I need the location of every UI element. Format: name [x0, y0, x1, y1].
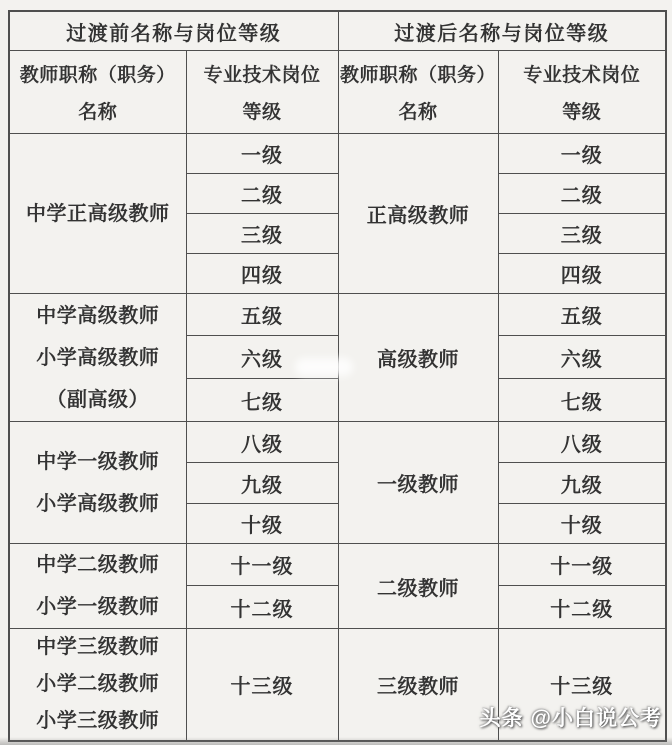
- header-after-grade-col: 专业技术岗位 等级: [498, 51, 666, 134]
- after-name-section2: 高级教师: [338, 294, 498, 422]
- before-grade-cell: 五级: [186, 294, 338, 336]
- page: 过渡前名称与岗位等级 过渡后名称与岗位等级 教师职称（职务） 名称 专业技术岗位…: [0, 0, 672, 745]
- before-grade-cell: 三级: [186, 214, 338, 254]
- header-after-grade-line1: 专业技术岗位: [499, 60, 666, 87]
- header-before-grade-col: 专业技术岗位 等级: [186, 51, 338, 134]
- before-name-line: 中学高级教师: [10, 295, 186, 337]
- header-row-groups: 过渡前名称与岗位等级 过渡后名称与岗位等级: [9, 11, 666, 51]
- toutiao-watermark: 头条 @小白说公考: [480, 702, 662, 732]
- before-name-line: 小学一级教师: [10, 586, 186, 628]
- header-after-name-line2: 名称: [339, 97, 498, 124]
- table-row: 中学二级教师 小学一级教师 十一级 二级教师 十一级: [9, 544, 666, 586]
- header-before-grade-line2: 等级: [187, 97, 338, 124]
- after-grade-cell: 七级: [498, 379, 666, 422]
- after-grade-cell: 十级: [498, 504, 666, 544]
- after-grade-cell: 一级: [498, 134, 666, 174]
- header-after-group: 过渡后名称与岗位等级: [338, 11, 666, 51]
- header-after-grade-line2: 等级: [499, 97, 666, 124]
- photo-bottom-edge: [0, 737, 672, 745]
- after-grade-cell: 四级: [498, 254, 666, 294]
- after-grade-cell: 十一级: [498, 544, 666, 586]
- after-grade-cell: 十二级: [498, 586, 666, 629]
- after-grade-cell: 二级: [498, 174, 666, 214]
- blur-artifact: [295, 358, 353, 376]
- before-grade-cell: 十一级: [186, 544, 338, 586]
- before-name-line: 小学高级教师: [10, 483, 186, 525]
- header-before-name-col: 教师职称（职务） 名称: [9, 51, 186, 134]
- before-grade-cell: 二级: [186, 174, 338, 214]
- before-grade-cell: 十级: [186, 504, 338, 544]
- after-grade-cell: 九级: [498, 463, 666, 504]
- after-grade-cell: 八级: [498, 422, 666, 463]
- before-name-line: 中学正高级教师: [10, 193, 186, 235]
- table-row: 中学正高级教师 一级 正高级教师 一级: [9, 134, 666, 174]
- before-grade-cell: 十三级: [186, 629, 338, 742]
- before-grade-cell: 九级: [186, 463, 338, 504]
- after-name-section5: 三级教师: [338, 629, 498, 742]
- table-row: 中学高级教师 小学高级教师 （副高级） 五级 高级教师 五级: [9, 294, 666, 336]
- table-row: 中学一级教师 小学高级教师 八级 一级教师 八级: [9, 422, 666, 463]
- before-name-section5: 中学三级教师 小学二级教师 小学三级教师: [9, 629, 186, 742]
- after-name-section3: 一级教师: [338, 422, 498, 544]
- header-row-columns: 教师职称（职务） 名称 专业技术岗位 等级 教师职称（职务） 名称 专业技术岗位: [9, 51, 666, 134]
- after-grade-cell: 五级: [498, 294, 666, 336]
- before-name-section4: 中学二级教师 小学一级教师: [9, 544, 186, 629]
- header-before-grade-line1: 专业技术岗位: [187, 60, 338, 87]
- header-after-name-col: 教师职称（职务） 名称: [338, 51, 498, 134]
- before-grade-cell: 四级: [186, 254, 338, 294]
- after-name-section1: 正高级教师: [338, 134, 498, 294]
- before-name-line: （副高级）: [10, 379, 186, 421]
- after-grade-cell: 六级: [498, 336, 666, 379]
- before-name-line: 中学一级教师: [10, 441, 186, 483]
- before-name-section1: 中学正高级教师: [9, 134, 186, 294]
- header-after-name-line1: 教师职称（职务）: [339, 60, 498, 87]
- before-grade-cell: 八级: [186, 422, 338, 463]
- before-grade-cell: 一级: [186, 134, 338, 174]
- before-grade-cell: 七级: [186, 379, 338, 422]
- before-name-line: 中学三级教师: [10, 629, 186, 666]
- before-name-line: 小学二级教师: [10, 666, 186, 703]
- after-grade-cell: 三级: [498, 214, 666, 254]
- teacher-grade-table: 过渡前名称与岗位等级 过渡后名称与岗位等级 教师职称（职务） 名称 专业技术岗位…: [8, 10, 667, 742]
- before-name-section3: 中学一级教师 小学高级教师: [9, 422, 186, 544]
- after-name-section4: 二级教师: [338, 544, 498, 629]
- before-grade-cell: 十二级: [186, 586, 338, 629]
- header-before-name-line1: 教师职称（职务）: [10, 60, 186, 87]
- header-before-group: 过渡前名称与岗位等级: [9, 11, 338, 51]
- before-name-line: 中学二级教师: [10, 544, 186, 586]
- before-name-section2: 中学高级教师 小学高级教师 （副高级）: [9, 294, 186, 422]
- before-name-line: 小学三级教师: [10, 703, 186, 740]
- before-name-line: 小学高级教师: [10, 337, 186, 379]
- header-before-name-line2: 名称: [10, 97, 186, 124]
